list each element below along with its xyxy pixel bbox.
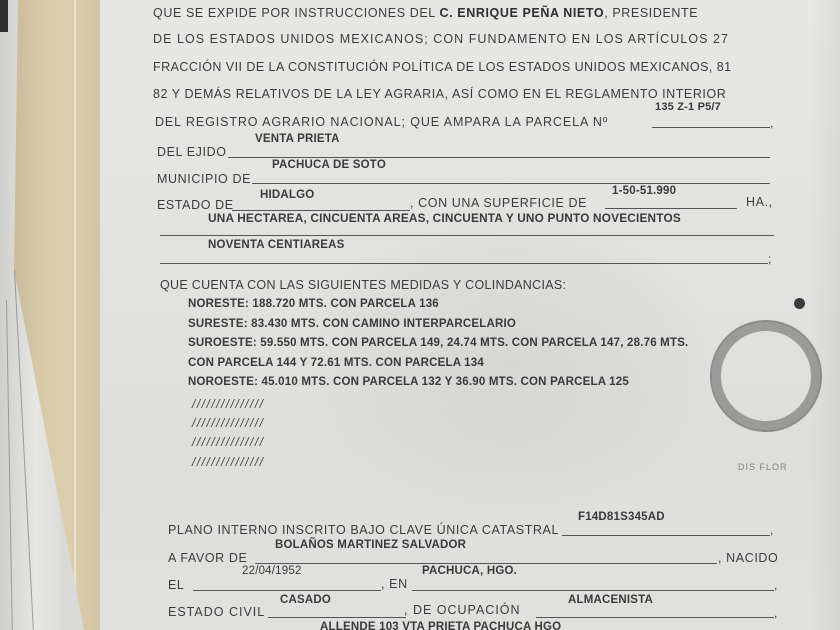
marital-status-line <box>268 617 406 618</box>
ocupacion-label: , DE OCUPACIÓN <box>404 603 521 617</box>
ejido-value: VENTA PRIETA <box>255 133 340 145</box>
hectares-unit: HA., <box>746 195 773 209</box>
municipio-value: PACHUCA DE SOTO <box>272 159 386 171</box>
superficie-letra-2: NOVENTA CENTIAREAS <box>208 239 345 251</box>
paragraph-line-3: FRACCIÓN VII DE LA CONSTITUCIÓN POLÍTICA… <box>153 60 732 74</box>
paragraph-line-1: QUE SE EXPIDE POR INSTRUCCIONES DEL C. E… <box>153 6 698 20</box>
president-title: , PRESIDENTE <box>604 6 698 20</box>
municipio-line <box>252 183 770 184</box>
a-favor-label: A FAVOR DE <box>168 551 247 565</box>
seal-text: DIS FLOR <box>738 462 788 472</box>
estado-label: ESTADO DE <box>157 198 234 212</box>
estado-value: HIDALGO <box>260 189 314 201</box>
superficie-value: 1-50-51.990 <box>612 185 676 197</box>
comma: , <box>774 578 777 592</box>
birth-place-value: PACHUCA, HGO. <box>422 565 517 577</box>
nacido-label: , NACIDO <box>718 551 778 565</box>
president-name: C. ENRIQUE PEÑA NIETO <box>439 6 604 20</box>
medida-suroeste: SUROESTE: 59.550 MTS. CON PARCELA 149, 2… <box>188 337 688 349</box>
medida-suroeste-cont: CON PARCELA 144 Y 72.61 MTS. CON PARCELA… <box>188 357 484 369</box>
en-label: , EN <box>381 577 408 591</box>
occupation-value: ALMACENISTA <box>568 594 653 606</box>
comma: , <box>770 523 773 537</box>
beneficiary-name-value: BOLAÑOS MARTINEZ SALVADOR <box>275 539 466 551</box>
municipio-label: MUNICIPIO DE <box>157 172 251 186</box>
superficie-letra-line-1 <box>160 235 774 236</box>
clave-catastral-line <box>562 535 770 536</box>
clave-catastral-value: F14D81S345AD <box>578 511 665 523</box>
paragraph-text: QUE SE EXPIDE POR INSTRUCCIONES DEL <box>153 6 435 20</box>
medida-sureste: SURESTE: 83.430 MTS. CON CAMINO INTERPAR… <box>188 318 516 330</box>
paragraph-line-4: 82 Y DEMÁS RELATIVOS DE LA LEY AGRARIA, … <box>153 87 726 101</box>
medida-noroeste: NOROESTE: 45.010 MTS. CON PARCELA 132 Y … <box>188 376 629 388</box>
cancel-mark-line: /////////////// <box>192 397 265 411</box>
plano-label: PLANO INTERNO INSCRITO BAJO CLAVE ÚNICA … <box>168 523 559 537</box>
estado-civil-label: ESTADO CIVIL <box>168 605 265 619</box>
address-value: ALLENDE 103 VTA PRIETA PACHUCA HGO <box>320 621 561 630</box>
paragraph-line-5: DEL REGISTRO AGRARIO NACIONAL; QUE AMPAR… <box>155 115 608 129</box>
ink-dot <box>794 298 805 309</box>
ejido-label: DEL EJIDO <box>157 145 227 159</box>
marital-status-value: CASADO <box>280 594 331 606</box>
birth-place-line <box>412 590 774 591</box>
beneficiary-name-line <box>255 563 717 564</box>
el-label: EL <box>168 578 185 592</box>
parcel-number-value: 135 Z-1 P5/7 <box>655 101 721 113</box>
comma: , <box>774 606 777 620</box>
ejido-line <box>228 157 770 158</box>
comma: , <box>770 116 773 130</box>
cancel-mark-line: /////////////// <box>192 416 265 430</box>
folder-crease <box>74 0 76 630</box>
superficie-line <box>605 208 737 209</box>
parcel-number-line <box>652 127 770 128</box>
semicolon: ; <box>768 252 771 266</box>
superficie-label: , CON UNA SUPERFICIE DE <box>410 196 587 210</box>
dark-background-corner <box>0 0 8 32</box>
cancel-mark-line: /////////////// <box>192 455 265 469</box>
cancel-mark-line: /////////////// <box>192 435 265 449</box>
superficie-letra-1: UNA HECTAREA, CINCUENTA AREAS, CINCUENTA… <box>208 211 681 225</box>
occupation-line <box>536 617 774 618</box>
official-seal-stamp <box>710 320 822 432</box>
superficie-letra-line-2 <box>160 263 768 264</box>
birth-date-line <box>193 590 381 591</box>
birth-date-value: 22/04/1952 <box>242 565 302 577</box>
paragraph-line-2: DE LOS ESTADOS UNIDOS MEXICANOS; CON FUN… <box>153 32 729 46</box>
medida-noreste: NORESTE: 188.720 MTS. CON PARCELA 136 <box>188 298 439 310</box>
medidas-intro: QUE CUENTA CON LAS SIGUIENTES MEDIDAS Y … <box>160 278 566 292</box>
